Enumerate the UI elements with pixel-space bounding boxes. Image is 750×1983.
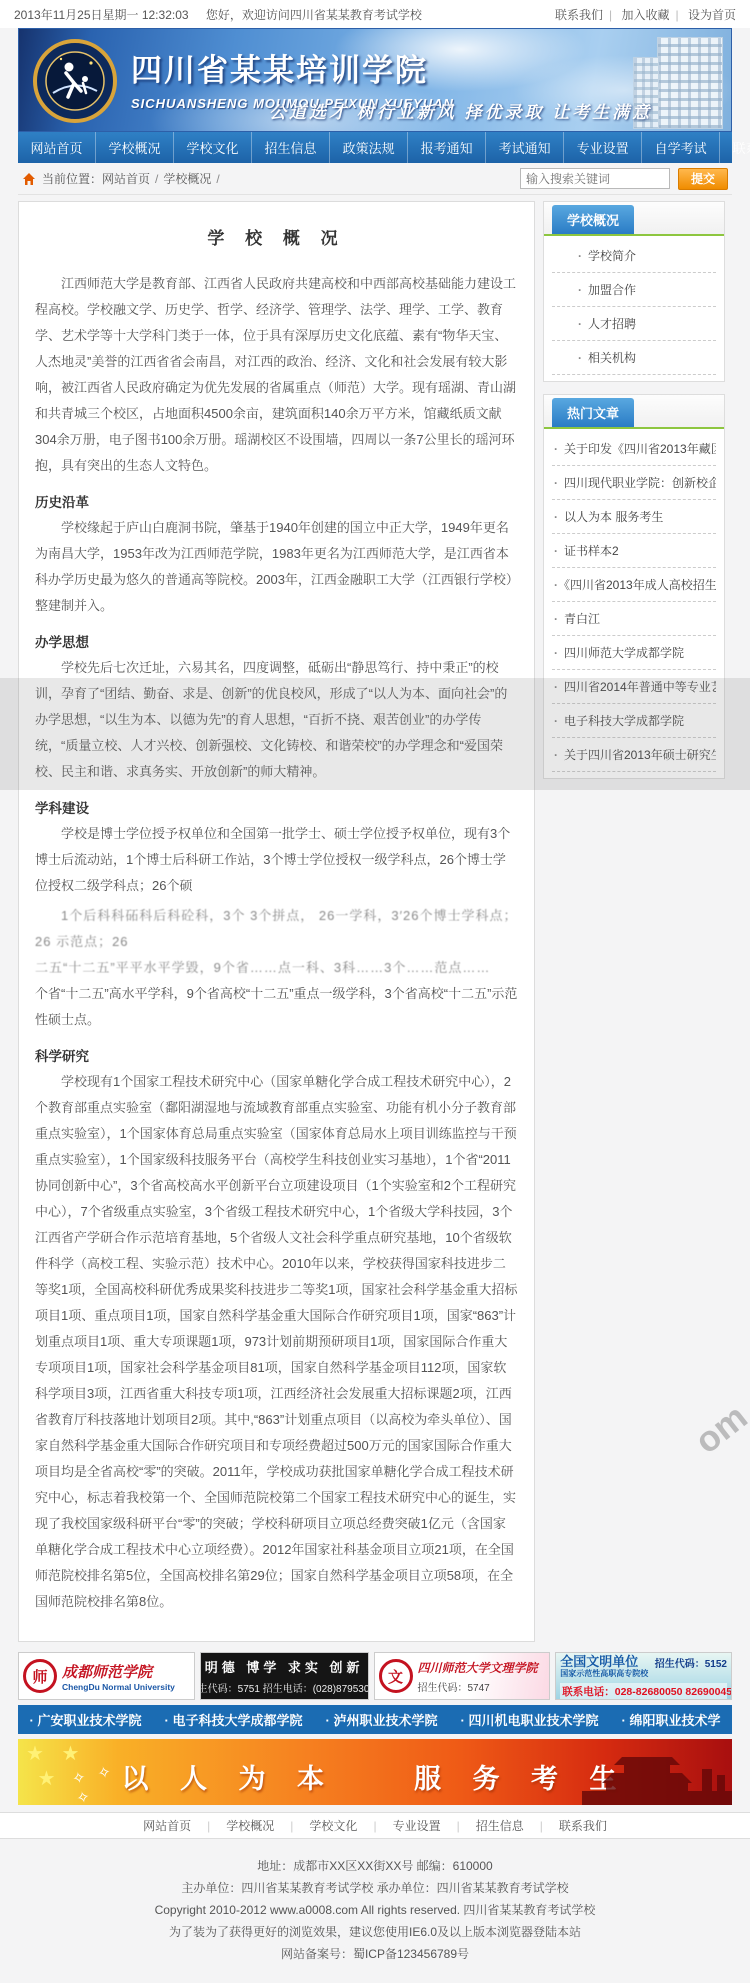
top-bar-links: 联系我们| 加入收藏| 设为首页 <box>549 6 736 23</box>
footer-address: 地址：成都市XX区XX街XX号 邮编：610000 <box>0 1855 750 1877</box>
sidebar-item-recruitment[interactable]: 人才招聘 <box>552 307 716 341</box>
college-link[interactable]: 泸州职业技术学院 <box>326 1710 438 1729</box>
page-wrapper: 四川省某某培训学院 SICHUANSHENG MOUMOU PEIXUN XUE… <box>18 28 732 1805</box>
section-heading-history: 历史沿革 <box>35 491 518 511</box>
partner-name: 四川师范大学文理学院 <box>418 1659 538 1676</box>
breadcrumb-current-link[interactable]: 学校概况 <box>163 170 211 187</box>
college-link[interactable]: 四川机电职业技术学院 <box>461 1710 599 1729</box>
nav-item-registration-notice[interactable]: 报考通知 <box>408 132 486 163</box>
sidebar-box-hot-header: 热门文章 <box>544 395 724 429</box>
section-text-research: 学校现有1个国家工程技术研究中心（国家单糖化学合成工程技术研究中心），2个教育部… <box>35 1069 518 1615</box>
college-link[interactable]: 电子科技大学成都学院 <box>165 1710 303 1729</box>
section-text-philosophy: 学校先后七次迁址，六易其名，四度调整，砥砺出“静思笃行、持中秉正”的校训，孕育了… <box>35 655 518 785</box>
footer-nav-majors[interactable]: 专业设置 <box>393 1817 441 1834</box>
hot-article-item[interactable]: 青白江 <box>552 602 716 636</box>
hot-article-item[interactable]: 四川现代职业学院：创新校企合作 <box>552 466 716 500</box>
section-text-history: 学校缘起于庐山白鹿洞书院，肇基于1940年创建的国立中正大学，1949年更名为南… <box>35 515 518 619</box>
nav-item-self-study-exam[interactable]: 自学考试 <box>642 132 720 163</box>
motto-text: 明德 博学 求实 创新 <box>205 1657 364 1676</box>
divider: | <box>540 1819 543 1833</box>
search-input[interactable] <box>520 168 670 189</box>
footer-icp: 网站备案号：蜀ICP备123456789号 <box>0 1943 750 1965</box>
top-bar: 2013年11月25日星期一 12:32:03 您好，欢迎访问四川省某某教育考试… <box>0 0 750 28</box>
divider: | <box>207 1819 210 1833</box>
college-link[interactable]: 绵阳职业技术学 <box>622 1710 721 1729</box>
partner-banner-motto[interactable]: 明德 博学 求实 创新 招生代码：5751 招生电话：(028)87953086 <box>200 1652 369 1700</box>
datetime-text: 2013年11月25日星期一 12:32:03 <box>14 8 189 22</box>
divider: | <box>290 1819 293 1833</box>
nav-item-contact[interactable]: 联系我们 <box>720 132 750 163</box>
section-heading-disciplines: 学科建设 <box>35 797 518 817</box>
building-image <box>657 37 723 129</box>
footer-nav-culture[interactable]: 学校文化 <box>309 1817 357 1834</box>
sidebar-box-hot-title: 热门文章 <box>552 398 634 427</box>
partner-name: 成都师范学院 <box>62 1661 175 1682</box>
college-links-bar: 广安职业技术学院 电子科技大学成都学院 泸州职业技术学院 四川机电职业技术学院 … <box>18 1705 732 1734</box>
sidebar-box-overview-header: 学校概况 <box>544 202 724 236</box>
sidebar-box-overview: 学校概况 学校简介 加盟合作 人才招聘 相关机构 <box>543 201 725 382</box>
nav-item-exam-notice[interactable]: 考试通知 <box>486 132 564 163</box>
breadcrumb-label: 当前位置： <box>42 170 102 187</box>
partner-banner-strip: 师 成都师范学院 ChengDu Normal University 明德 博学… <box>18 1652 732 1700</box>
sidebar-box-hot-articles: 热门文章 关于印发《四川省2013年藏区“9+ 四川现代职业学院：创新校企合作 … <box>543 394 725 779</box>
sidebar-item-school-intro[interactable]: 学校简介 <box>552 239 716 273</box>
garbled-text-line-1: 1个后科科砳科后科砼科，3个 3个拼点， 26一学科，3′26个博士学科点；26… <box>35 903 518 955</box>
main-nav: 网站首页 学校概况 学校文化 招生信息 政策法规 报考通知 考试通知 专业设置 … <box>18 132 732 163</box>
sidebar-box-overview-title: 学校概况 <box>552 205 634 234</box>
nav-item-admissions[interactable]: 招生信息 <box>252 132 330 163</box>
hot-article-item[interactable]: 电子科技大学成都学院 <box>552 704 716 738</box>
school-logo-icon <box>33 39 117 123</box>
footer-info: 地址：成都市XX区XX街XX号 邮编：610000 主办单位：四川省某某教育考试… <box>0 1839 750 1983</box>
sidebar-item-join-cooperation[interactable]: 加盟合作 <box>552 273 716 307</box>
nav-item-school-overview[interactable]: 学校概况 <box>96 132 174 163</box>
garbled-text-line-2: 二五“十二五”平平水平学毀，9个省……点一科、3科……3个……范点…… <box>35 955 518 981</box>
slogan-banner: ★ ★ ★ ✧ ✧✧ 以 人 为 本 服 务 考 生 <box>18 1739 732 1805</box>
section-heading-philosophy: 办学思想 <box>35 631 518 651</box>
admission-code-text: 招生代码：5751 招生电话：(028)87953086 <box>200 1680 369 1695</box>
search-box: 提交 <box>520 168 728 190</box>
article-intro: 江西师范大学是教育部、江西省人民政府共建高校和中西部高校基础能力建设工程高校。学… <box>35 271 518 479</box>
welcome-text: 您好，欢迎访问四川省某某教育考试学校 <box>206 8 422 22</box>
footer-organizer: 主办单位：四川省某某教育考试学校 承办单位：四川省某某教育考试学校 <box>0 1877 750 1899</box>
pagoda-silhouette-icon <box>562 1739 732 1805</box>
breadcrumb-separator: / <box>216 172 219 186</box>
hot-article-item[interactable]: 四川省2014年普通中等专业艺术体 <box>552 670 716 704</box>
footer-nav-overview[interactable]: 学校概况 <box>226 1817 274 1834</box>
add-favorite-link[interactable]: 加入收藏 <box>622 8 670 22</box>
sidebar-overview-list: 学校简介 加盟合作 人才招聘 相关机构 <box>544 236 724 381</box>
top-bar-left: 2013年11月25日星期一 12:32:03 您好，欢迎访问四川省某某教育考试… <box>14 6 436 23</box>
civilized-unit-title: 全国文明单位 <box>560 1655 648 1668</box>
hot-article-item[interactable]: 关于四川省2013年硕士研究生入学 <box>552 738 716 772</box>
footer-nav-contact[interactable]: 联系我们 <box>559 1817 607 1834</box>
admission-code-text: 招生代码：5747 <box>418 1679 538 1694</box>
nav-item-home[interactable]: 网站首页 <box>18 132 96 163</box>
breadcrumb-separator: / <box>155 172 158 186</box>
site-title: 四川省某某培训学院 <box>131 45 454 90</box>
divider: | <box>609 8 612 22</box>
breadcrumb-home-link[interactable]: 网站首页 <box>102 170 150 187</box>
footer-nav-home[interactable]: 网站首页 <box>143 1817 191 1834</box>
divider: | <box>373 1819 376 1833</box>
header-banner: 四川省某某培训学院 SICHUANSHENG MOUMOU PEIXUN XUE… <box>18 28 732 132</box>
nav-item-policies[interactable]: 政策法规 <box>330 132 408 163</box>
hot-article-list: 关于印发《四川省2013年藏区“9+ 四川现代职业学院：创新校企合作 以人为本 … <box>544 429 724 778</box>
civilized-unit-subtitle: 国家示范性高职高专院校 <box>560 1668 648 1679</box>
divider: | <box>457 1819 460 1833</box>
article-panel: 学 校 概 况 江西师范大学是教育部、江西省人民政府共建高校和中西部高校基础能力… <box>18 201 535 1642</box>
hot-article-item[interactable]: 关于印发《四川省2013年藏区“9+ <box>552 432 716 466</box>
partner-banner-wenli[interactable]: 文 四川师范大学文理学院 招生代码：5747 <box>374 1652 551 1700</box>
article-title: 学 校 概 况 <box>35 224 518 249</box>
sidebar: 学校概况 学校简介 加盟合作 人才招聘 相关机构 热门文章 关于印发《四川省20… <box>543 201 725 779</box>
section-text-disciplines: 学校是博士学位授予权单位和全国第一批学士、硕士学位授予权单位，现有3个博士后流动… <box>35 821 518 899</box>
hot-article-item[interactable]: 证书样本2 <box>552 534 716 568</box>
nav-item-majors[interactable]: 专业设置 <box>564 132 642 163</box>
section-heading-research: 科学研究 <box>35 1045 518 1065</box>
footer-nav-admissions[interactable]: 招生信息 <box>476 1817 524 1834</box>
seal-icon: 师 <box>23 1659 57 1693</box>
seal-icon: 文 <box>379 1659 413 1693</box>
contact-phone-text: 联系电话：028-82680050 82690045 <box>560 1683 727 1700</box>
header-slogan: 公道选才 树行业新风 择优录取 让考生满意 <box>269 98 652 123</box>
footer-copyright: Copyright 2010-2012 www.a0008.com All ri… <box>0 1899 750 1921</box>
main-area: 学 校 概 况 江西师范大学是教育部、江西省人民政府共建高校和中西部高校基础能力… <box>18 201 732 1642</box>
hot-article-item[interactable]: 四川师范大学成都学院 <box>552 636 716 670</box>
footer-browser-tip: 为了装为了获得更好的浏览效果，建议您使用IE6.0及以上版本浏览器登陆本站 <box>0 1921 750 1943</box>
footer-nav: 网站首页| 学校概况| 学校文化| 专业设置| 招生信息| 联系我们 <box>0 1812 750 1839</box>
nav-item-school-culture[interactable]: 学校文化 <box>174 132 252 163</box>
admission-code-text: 招生代码：5152 <box>655 1655 727 1670</box>
sidebar-item-related-orgs[interactable]: 相关机构 <box>552 341 716 375</box>
partner-banner-chengdu-normal[interactable]: 师 成都师范学院 ChengDu Normal University <box>18 1652 195 1700</box>
search-submit-button[interactable]: 提交 <box>678 168 728 190</box>
home-icon <box>22 172 36 186</box>
divider: | <box>676 8 679 22</box>
breadcrumb-bar: 当前位置： 网站首页 / 学校概况 / 提交 <box>18 163 732 195</box>
contact-us-link[interactable]: 联系我们 <box>555 8 603 22</box>
college-link[interactable]: 广安职业技术学院 <box>30 1710 142 1729</box>
partner-name-en: ChengDu Normal University <box>62 1682 175 1692</box>
hot-article-item[interactable]: 《四川省2013年成人高校招生考生 <box>552 568 716 602</box>
section-text-disciplines-tail: 个省“十二五”高水平学科，9个省高校“十二五”重点一级学科，3个省高校“十二五”… <box>35 981 518 1033</box>
partner-banner-civilized-unit[interactable]: 全国文明单位 国家示范性高职高专院校 招生代码：5152 联系电话：028-82… <box>555 1652 732 1700</box>
set-homepage-link[interactable]: 设为首页 <box>688 8 736 22</box>
hot-article-item[interactable]: 以人为本 服务考生 <box>552 500 716 534</box>
